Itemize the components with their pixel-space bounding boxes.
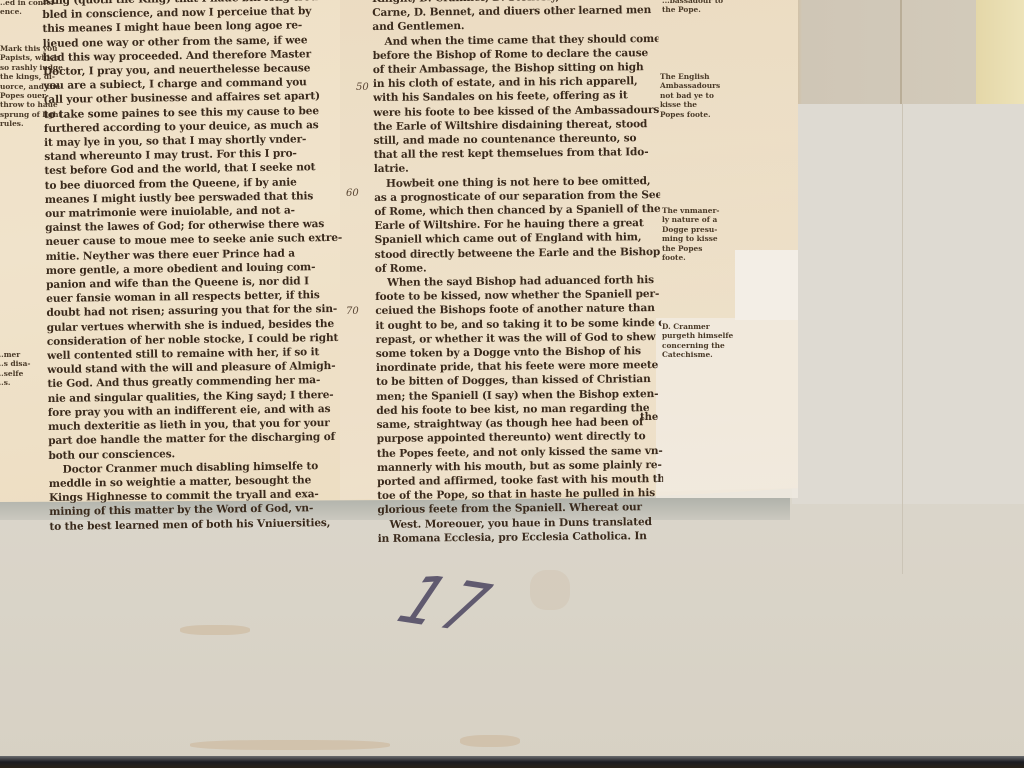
- page-tear-patch: [735, 250, 798, 320]
- margin-note-line: concerning the: [662, 341, 733, 350]
- board-corner-top-right: [780, 0, 1024, 104]
- margin-note-line: Dogge presu-: [662, 225, 719, 234]
- text-line: stood directly betweene the Earle and th…: [375, 245, 661, 262]
- catchword: the: [640, 412, 658, 423]
- margin-note-line: ly nature of a: [662, 215, 719, 224]
- margin-note-left-3: ...mer ...s disa- ...selfe ...s.: [0, 350, 30, 388]
- margin-note-line: D. Cranmer: [662, 322, 733, 331]
- board-window-panel: [792, 104, 1024, 504]
- board-crease: [900, 0, 902, 104]
- margin-note-right-2: The English Ambassadours not bad ye to k…: [660, 72, 720, 119]
- margin-note-line: kisse the: [660, 100, 720, 109]
- line-number: 60: [346, 188, 359, 199]
- margin-note-line: the Popes: [662, 244, 719, 253]
- margin-note-line: ...selfe: [0, 369, 30, 378]
- board-seam: [902, 104, 903, 574]
- board-stain: [180, 625, 250, 635]
- margin-note-line: ...s.: [0, 378, 30, 387]
- frame-edge: [0, 756, 1024, 768]
- line-number: 70: [346, 306, 359, 317]
- board-stain: [190, 740, 390, 750]
- margin-note-line: Catechisme.: [662, 350, 733, 359]
- margin-note-line: ming to kisse: [662, 234, 719, 243]
- board-stain: [460, 735, 520, 747]
- margin-note-right-3: The vnmaner- ly nature of a Dogge presu-…: [662, 206, 719, 262]
- text-column-middle: Knight, D. Cranmer, D. Stokesly, Doctor …: [372, 0, 664, 546]
- margin-note-line: Popes foote.: [660, 110, 720, 119]
- margin-note-line: Ambassadours: [660, 81, 720, 90]
- text-column-left: King (quoth the King) that I haue bin lo…: [42, 0, 350, 534]
- margin-note-line: ...s disa-: [0, 359, 30, 368]
- margin-note-line: the Pope.: [662, 5, 723, 14]
- margin-note-line: purgeth himselfe: [662, 331, 733, 340]
- margin-note-right-4: D. Cranmer purgeth himselfe concerning t…: [662, 322, 733, 360]
- margin-note-right-1: ...bassadour to the Pope.: [662, 0, 723, 15]
- line-number: 50: [356, 82, 369, 93]
- margin-note-line: foote.: [662, 253, 719, 262]
- margin-note-line: The English: [660, 72, 720, 81]
- text-line: in Romana Ecclesia, pro Ecclesia Catholi…: [378, 529, 664, 546]
- board-stain: [530, 570, 570, 610]
- margin-note-line: ...mer: [0, 350, 30, 359]
- margin-note-line: not bad ye to: [660, 91, 720, 100]
- margin-note-line: The vnmaner-: [662, 206, 719, 215]
- board-folded-edge: [976, 0, 1024, 104]
